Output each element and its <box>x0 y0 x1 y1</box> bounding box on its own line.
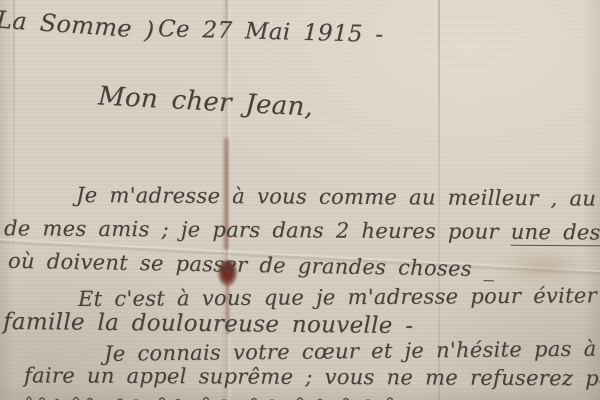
cutoff-line-fragment <box>24 388 404 400</box>
letter-date: Ce 27 Mai 1915 - <box>158 17 384 48</box>
letter-salutation: Mon cher Jean, <box>97 82 313 122</box>
letter-place: La Somme ) <box>0 7 155 44</box>
brown-smudge <box>498 248 588 284</box>
body-line-3: où doivent se passer de grandes choses _ <box>8 250 495 282</box>
cutoff-line-strokes <box>24 391 404 400</box>
letter-photo: La Somme ) Ce 27 Mai 1915 - Mon cher Jea… <box>0 0 600 400</box>
body-line-2-text: de mes amis ; je pars dans 2 heures pour <box>4 216 511 244</box>
body-line-6: Je connais votre cœur et je n'hésite pas… <box>104 337 600 366</box>
body-line-2: de mes amis ; je pars dans 2 heures pour… <box>4 217 600 246</box>
body-line-7: faire un appel suprême ; vous ne me refu… <box>24 364 600 390</box>
body-line-5: famille la douloureuse nouvelle - <box>3 310 414 340</box>
body-line-4: Et c'est à vous que je m'adresse pour év… <box>78 284 600 311</box>
underlined-phrase: une destination inconnue <box>511 220 600 248</box>
body-line-1: Je m'adresse à vous comme au meilleur , … <box>76 184 600 211</box>
